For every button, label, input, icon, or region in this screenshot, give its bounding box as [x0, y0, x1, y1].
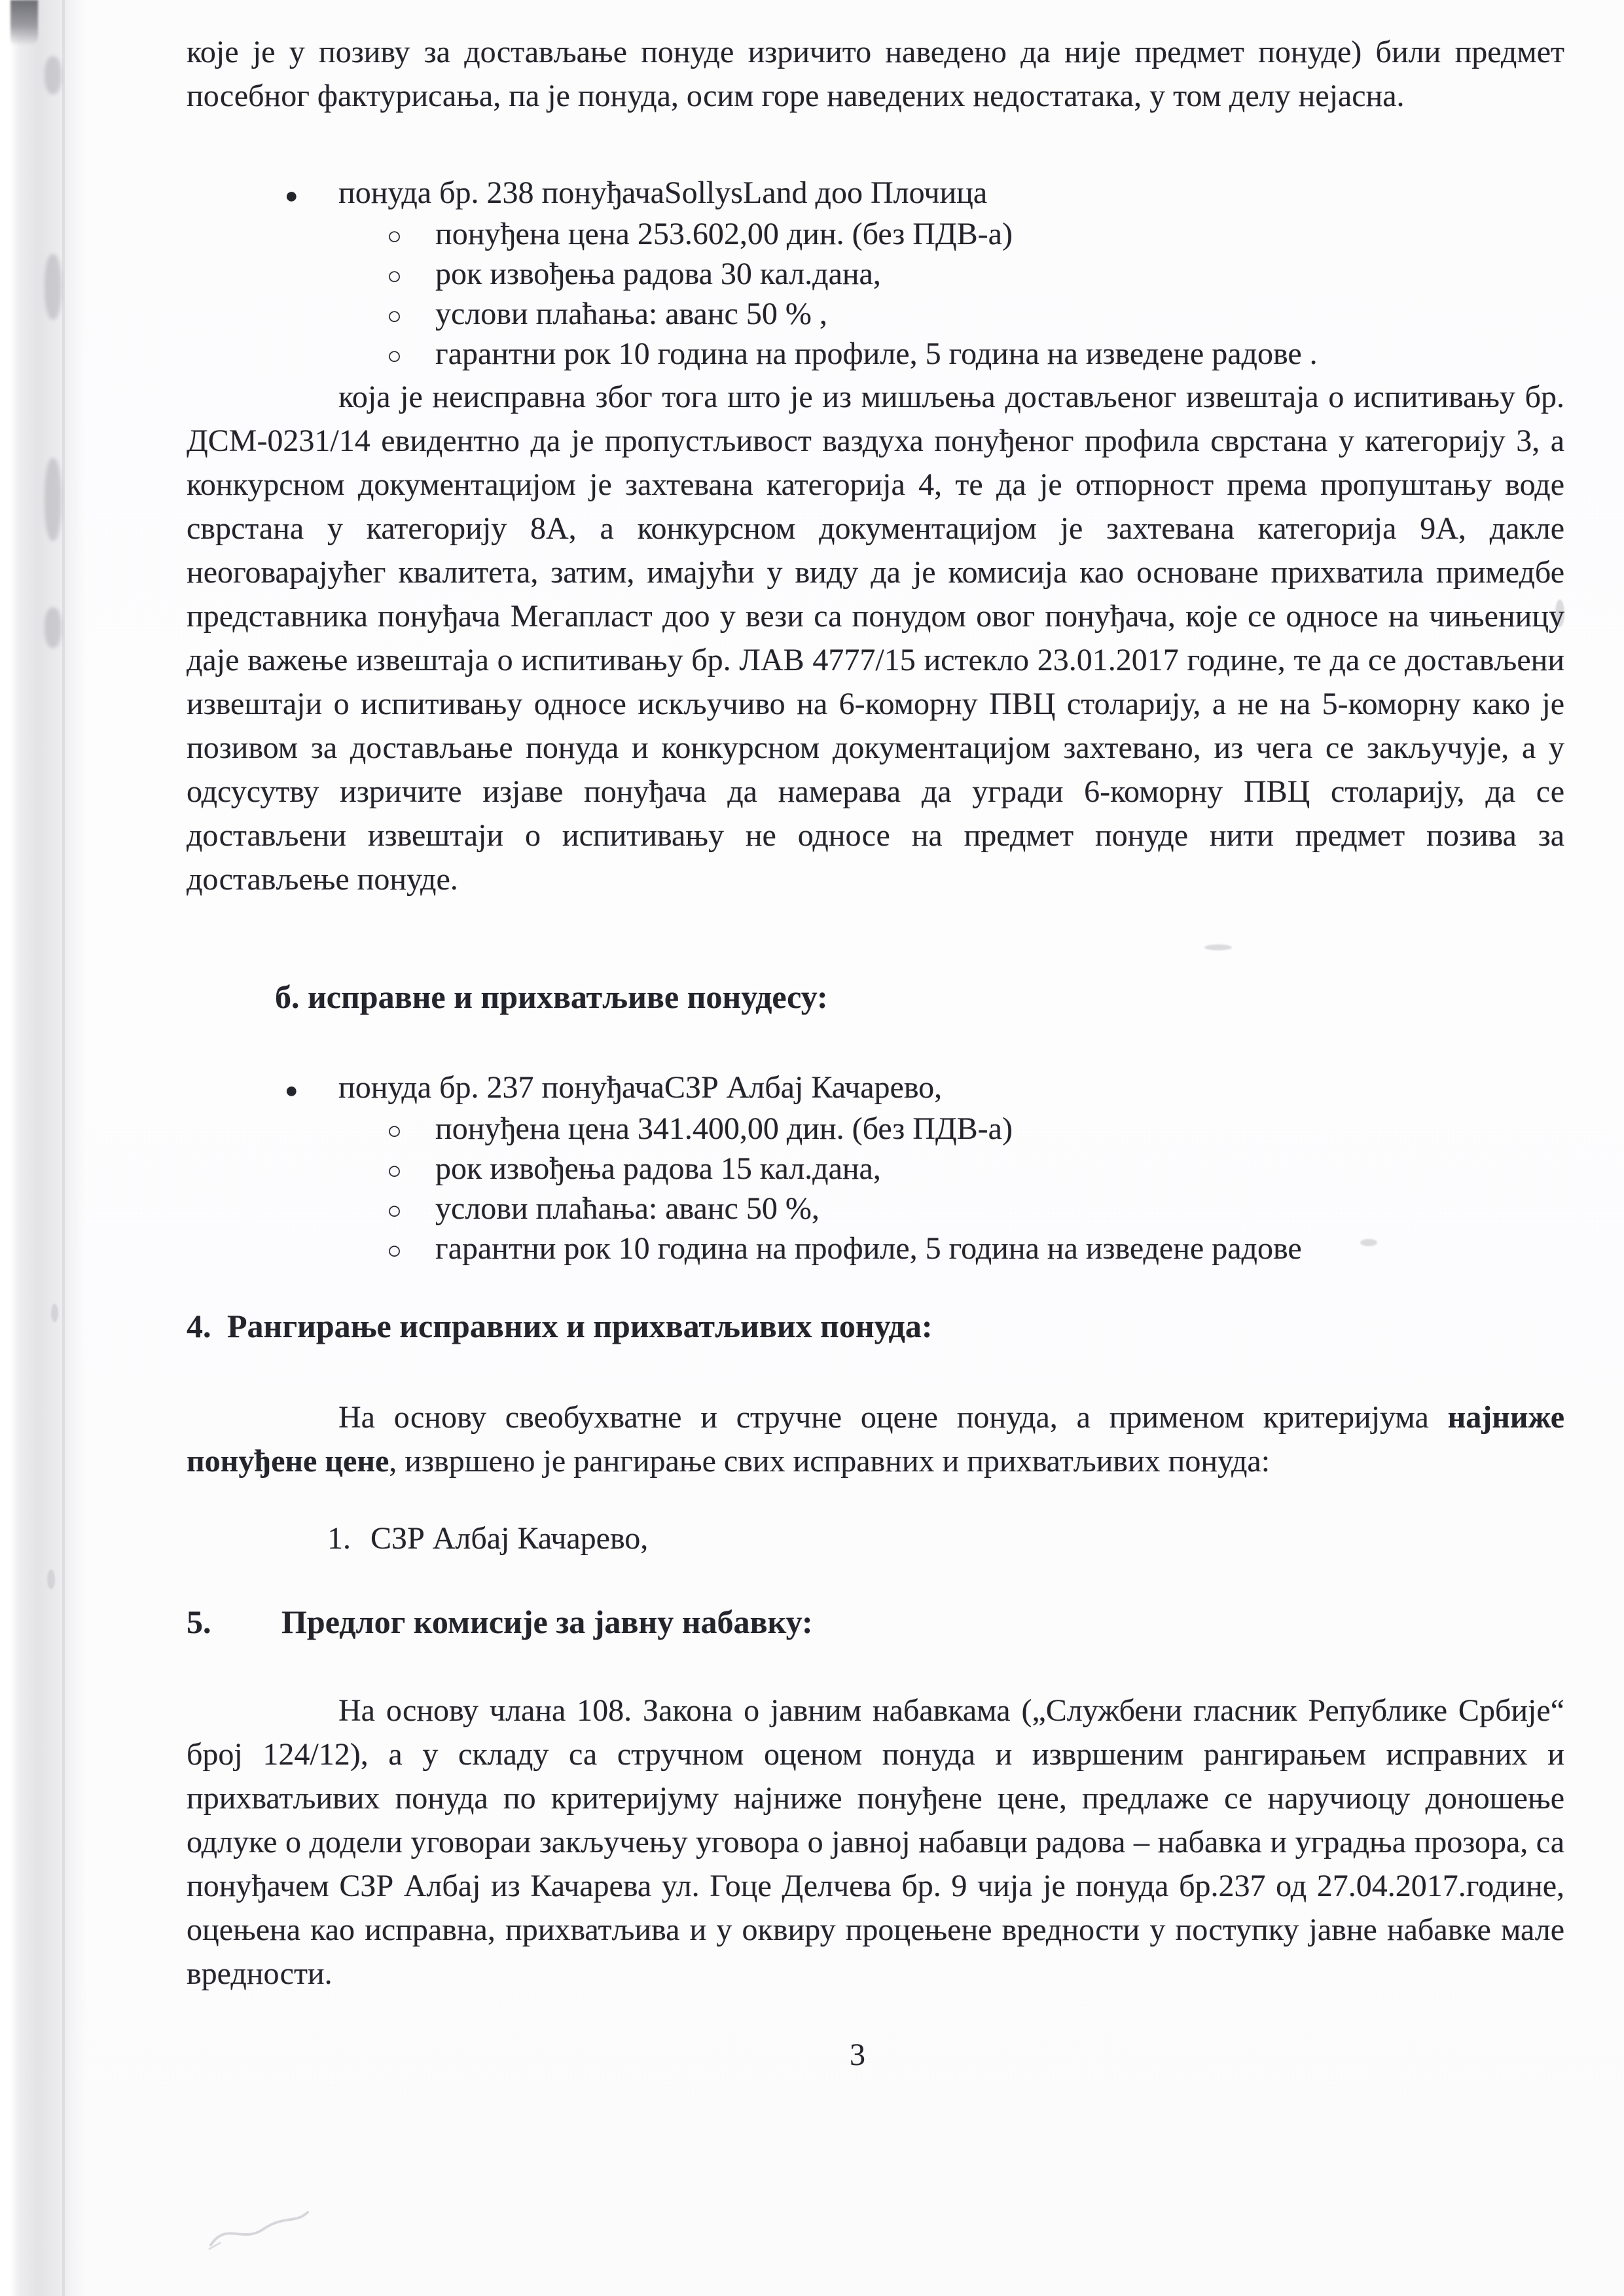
scan-artifact [45, 458, 62, 541]
scan-corner-mark [10, 0, 38, 46]
ranking-item-number: 1. [327, 1520, 370, 1558]
ranking-paragraph-start: На основу свеобухватне и стручне оцене п… [338, 1400, 1448, 1435]
scan-edge-shadow [0, 0, 86, 2296]
circle-bullet-icon: ○ [387, 297, 435, 335]
scan-smudge [51, 1304, 58, 1322]
page-number: 3 [187, 2036, 1528, 2074]
scan-artifact [45, 607, 62, 648]
offer-237-detail-row: ○ услови плаћања: аванс 50 %, [187, 1190, 1564, 1230]
offer-238-detail-row: ○ гарантни рок 10 година на профиле, 5 г… [187, 335, 1564, 375]
pencil-mark [208, 2204, 313, 2253]
document-content: које је у позиву за достављање понуде из… [187, 0, 1564, 2074]
circle-bullet-icon: ○ [387, 217, 435, 255]
ranking-paragraph: На основу свеобухватне и стручне оцене п… [187, 1395, 1564, 1483]
offer-238-title-row: ● понуда бр. 238 понуђачаSollysLand доо … [187, 174, 1564, 215]
offer-238-detail-row: ○ понуђена цена 253.602,00 дин. (без ПДВ… [187, 215, 1564, 255]
scan-artifact [45, 56, 62, 94]
section-b-heading: б. исправне и прихватљиве понудесу: [275, 977, 1564, 1016]
ranking-item-name: СЗР Албај Качарево, [370, 1520, 648, 1558]
proposal-paragraph: На основу члана 108. Закона о јавним наб… [187, 1689, 1564, 1996]
section-5-title: Предлог комисије за јавну набавку: [281, 1602, 813, 1641]
offer-237-list: ● понуда бр. 237 понуђачаСЗР Албај Качар… [187, 1069, 1564, 1270]
offer-237-deadline: рок извођења радова 15 кал.дана, [435, 1150, 1564, 1188]
scan-artifact [45, 254, 62, 319]
circle-bullet-icon: ○ [387, 1192, 435, 1230]
offer-237-price: понуђена цена 341.400,00 дин. (без ПДВ-а… [435, 1110, 1564, 1148]
rejection-paragraph: која је неисправна због тога што је из м… [187, 375, 1564, 901]
offer-238-price: понуђена цена 253.602,00 дин. (без ПДВ-а… [435, 215, 1564, 253]
intro-paragraph: које је у позиву за достављање понуде из… [187, 30, 1564, 118]
section-4-heading: 4. Рангирање исправних и прихватљивих по… [187, 1306, 1564, 1346]
offer-237-detail-row: ○ гарантни рок 10 година на профиле, 5 г… [187, 1230, 1564, 1270]
offer-238-detail-row: ○ рок извођења радова 30 кал.дана, [187, 255, 1564, 295]
offer-238-list: ● понуда бр. 238 понуђачаSollysLand доо … [187, 174, 1564, 375]
section-4-title: Рангирање исправних и прихватљивих понуд… [227, 1306, 932, 1346]
offer-237-title: понуда бр. 237 понуђачаСЗР Албај Качарев… [338, 1069, 1564, 1107]
ranking-paragraph-end: , извршено је рангирање свих исправних и… [389, 1444, 1270, 1479]
section-5-number: 5. [187, 1602, 281, 1641]
circle-bullet-icon: ○ [387, 1232, 435, 1270]
bullet-icon: ● [285, 1072, 338, 1110]
offer-238-payment: услови плаћања: аванс 50 % , [435, 295, 1564, 333]
section-5-heading: 5. Предлог комисије за јавну набавку: [187, 1602, 1564, 1641]
offer-238-deadline: рок извођења радова 30 кал.дана, [435, 255, 1564, 293]
scan-smudge [47, 1570, 55, 1589]
offer-238-warranty: гарантни рок 10 година на профиле, 5 год… [435, 335, 1564, 373]
offer-237-detail-row: ○ понуђена цена 341.400,00 дин. (без ПДВ… [187, 1110, 1564, 1150]
offer-237-warranty: гарантни рок 10 година на профиле, 5 год… [435, 1230, 1564, 1268]
offer-237-payment: услови плаћања: аванс 50 %, [435, 1190, 1564, 1228]
offer-237-detail-row: ○ рок извођења радова 15 кал.дана, [187, 1150, 1564, 1190]
offer-238-detail-row: ○ услови плаћања: аванс 50 % , [187, 295, 1564, 335]
circle-bullet-icon: ○ [387, 257, 435, 295]
offer-237-title-row: ● понуда бр. 237 понуђачаСЗР Албај Качар… [187, 1069, 1564, 1110]
ranking-list-item: 1. СЗР Албај Качарево, [327, 1520, 1564, 1558]
circle-bullet-icon: ○ [387, 337, 435, 375]
scan-seam-line [62, 0, 65, 2296]
scanned-document-page: које је у позиву за достављање понуде из… [0, 0, 1624, 2296]
offer-238-title: понуда бр. 238 понуђачаSollysLand доо Пл… [338, 174, 1564, 212]
section-4-number: 4. [187, 1306, 227, 1346]
circle-bullet-icon: ○ [387, 1112, 435, 1150]
bullet-icon: ● [285, 177, 338, 215]
circle-bullet-icon: ○ [387, 1152, 435, 1190]
